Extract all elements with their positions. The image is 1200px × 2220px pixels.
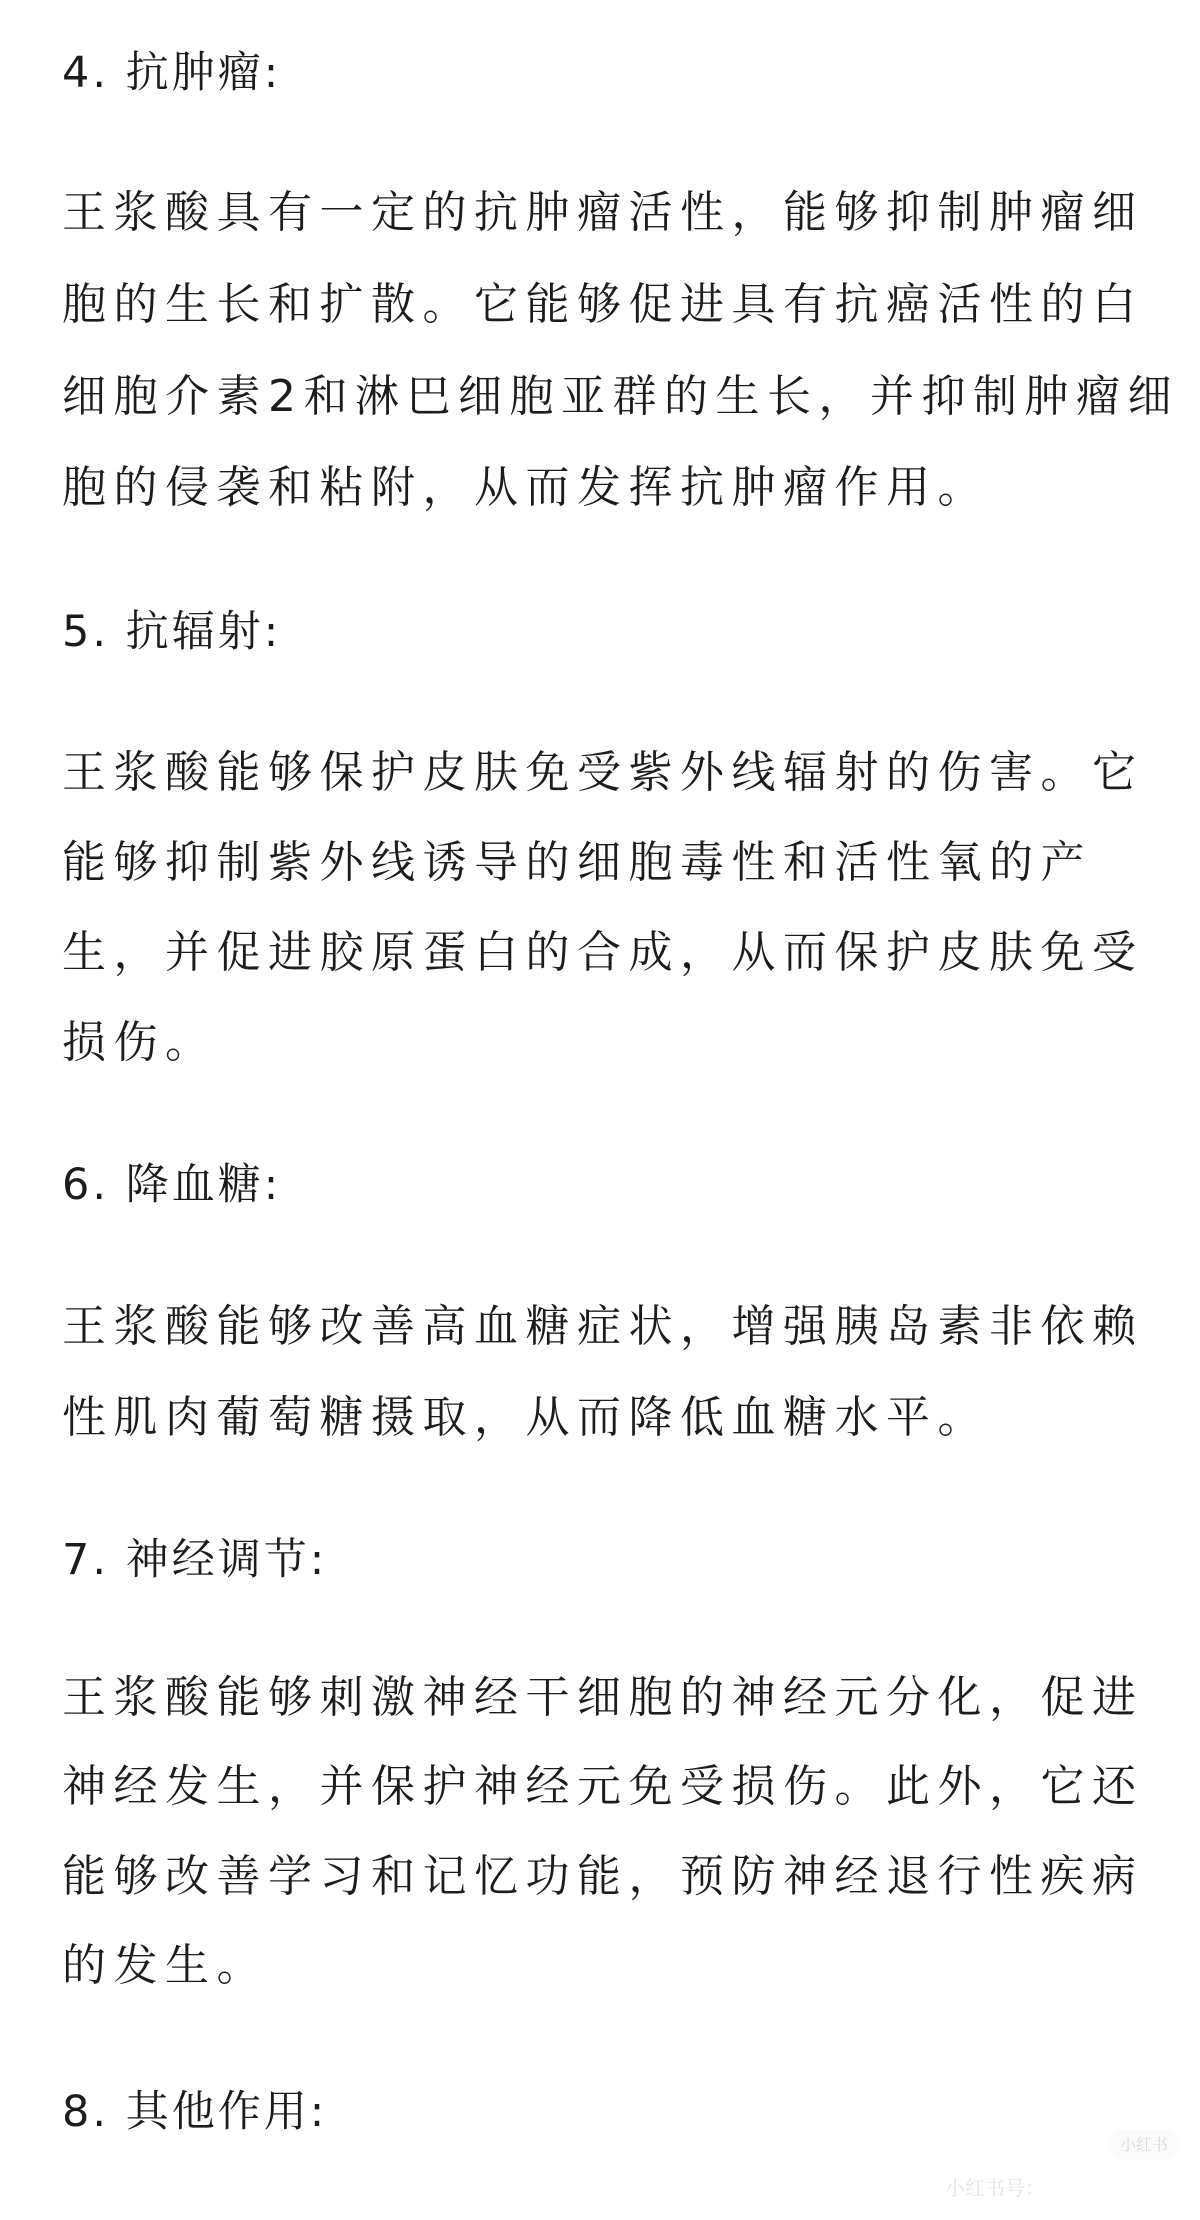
paragraph-line: 王浆酸能够刺激神经干细胞的神经元分化，促进 xyxy=(62,1672,1144,1724)
paragraph-line: 能够改善学习和记忆功能，预防神经退行性疾病 xyxy=(62,1851,1144,1903)
paragraph-line: 胞的侵袭和粘附，从而发挥抗肿瘤作用。 xyxy=(62,462,989,514)
section-heading-neuro: 7. 神经调节: xyxy=(62,1534,327,1586)
paragraph-line: 神经发生，并保护神经元免受损伤。此外，它还 xyxy=(62,1761,1144,1813)
paragraph-line: 能够抑制紫外线诱导的细胞毒性和活性氧的产 xyxy=(62,837,1092,889)
paragraph-line: 生，并促进胶原蛋白的合成，从而保护皮肤免受 xyxy=(62,927,1144,979)
paragraph-line: 损伤。 xyxy=(62,1017,217,1069)
watermark-label: 小红书号： xyxy=(945,2172,1045,2201)
section-heading-anti-tumor: 4. 抗肿瘤: xyxy=(62,47,281,99)
paragraph-line: 细胞介素2和淋巴细胞亚群的生长，并抑制肿瘤细 xyxy=(62,371,1179,423)
section-heading-anti-radiation: 5. 抗辐射: xyxy=(62,606,281,658)
section-heading-other: 8. 其他作用: xyxy=(62,2086,327,2138)
watermark-badge: 小红书 xyxy=(1112,2130,1176,2157)
paragraph-line: 的发生。 xyxy=(62,1940,268,1992)
paragraph-line: 王浆酸能够改善高血糖症状，增强胰岛素非依赖 xyxy=(62,1301,1144,1353)
paragraph-line: 王浆酸具有一定的抗肿瘤活性，能够抑制肿瘤细 xyxy=(62,187,1144,239)
paragraph-line: 性肌肉葡萄糖摄取，从而降低血糖水平。 xyxy=(62,1392,989,1444)
paragraph-line: 王浆酸能够保护皮肤免受紫外线辐射的伤害。它 xyxy=(62,747,1144,799)
paragraph-line: 胞的生长和扩散。它能够促进具有抗癌活性的白 xyxy=(62,279,1144,331)
section-heading-blood-sugar: 6. 降血糖: xyxy=(62,1159,281,1211)
